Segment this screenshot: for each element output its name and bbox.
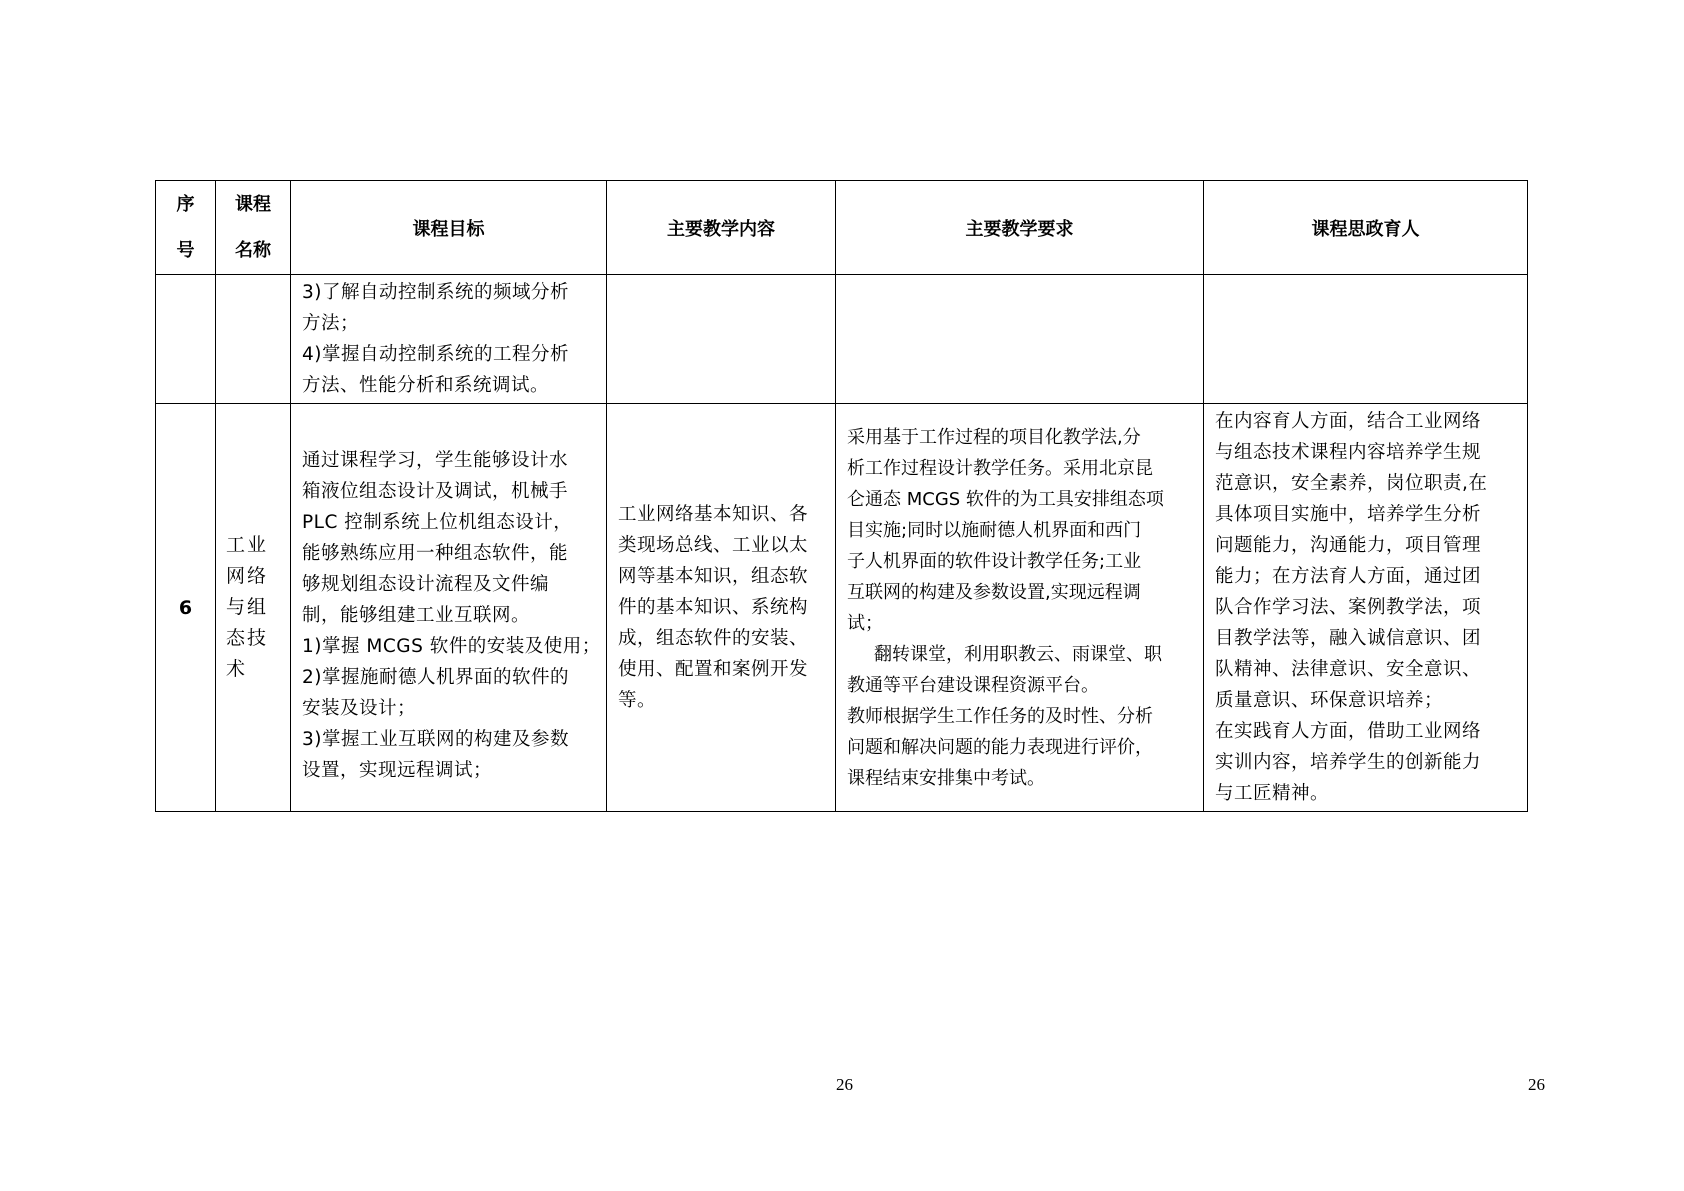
page-number-center: 26 <box>836 1075 853 1095</box>
table-header-row: 序 号 课程 名称 课程目标 主要教学内容 主要教学要求 课程思政育人 <box>156 181 1528 275</box>
cell-ideology: 在内容育人方面，结合工业网络 与组态技术课程内容培养学生规 范意识，安全素养，岗… <box>1204 404 1528 812</box>
document-page: 序 号 课程 名称 课程目标 主要教学内容 主要教学要求 课程思政育人 <box>0 0 1684 1191</box>
table-row: 6 工业 网络 与组 态技 术 通过课程学习，学生能够设计水 箱液位组态设计及调… <box>156 404 1528 812</box>
header-ideology: 课程思政育人 <box>1204 181 1528 275</box>
header-objectives: 课程目标 <box>291 181 607 275</box>
cell-course-name: 工业 网络 与组 态技 术 <box>216 404 291 812</box>
cell-content <box>607 275 836 404</box>
page-number-right: 26 <box>1528 1075 1545 1095</box>
header-course-name: 课程 名称 <box>216 181 291 275</box>
cell-requirements <box>836 275 1204 404</box>
header-requirements: 主要教学要求 <box>836 181 1204 275</box>
table-row: 3)了解自动控制系统的频域分析 方法； 4)掌握自动控制系统的工程分析 方法、性… <box>156 275 1528 404</box>
cell-requirements: 采用基于工作过程的项目化教学法,分 析工作过程设计教学任务。采用北京昆 仑通态 … <box>836 404 1204 812</box>
cell-ideology <box>1204 275 1528 404</box>
cell-course-name <box>216 275 291 404</box>
header-content: 主要教学内容 <box>607 181 836 275</box>
cell-seq: 6 <box>156 404 216 812</box>
cell-content: 工业网络基本知识、各 类现场总线、工业以太 网等基本知识，组态软 件的基本知识、… <box>607 404 836 812</box>
header-seq: 序 号 <box>156 181 216 275</box>
cell-seq <box>156 275 216 404</box>
cell-objectives: 3)了解自动控制系统的频域分析 方法； 4)掌握自动控制系统的工程分析 方法、性… <box>291 275 607 404</box>
course-table: 序 号 课程 名称 课程目标 主要教学内容 主要教学要求 课程思政育人 <box>155 180 1528 812</box>
cell-objectives: 通过课程学习，学生能够设计水 箱液位组态设计及调试，机械手 PLC 控制系统上位… <box>291 404 607 812</box>
